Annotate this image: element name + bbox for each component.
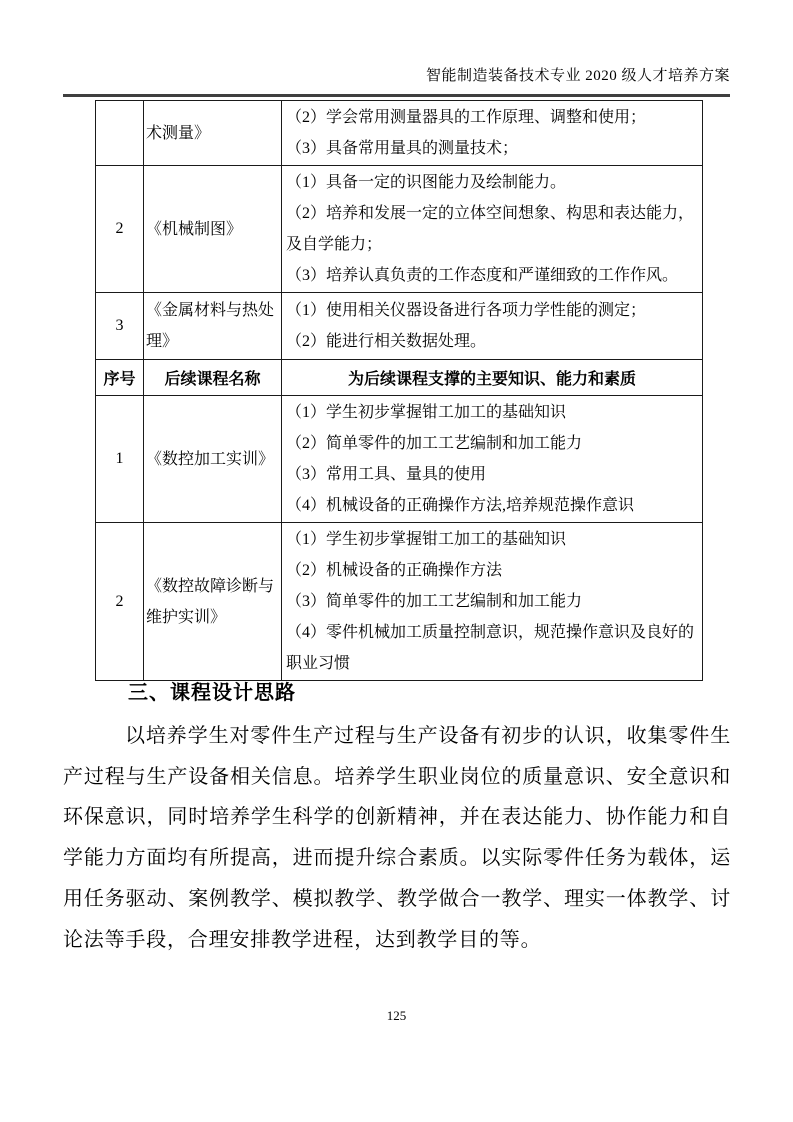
support-item: （3）培养认真负责的工作态度和严谨细致的工作作风。 (286, 260, 698, 291)
support-item: （1）学生初步掌握钳工加工的基础知识 (286, 397, 698, 428)
support-items-cell: （1）具备一定的识图能力及绘制能力。 （2）培养和发展一定的立体空间想象、构思和… (282, 166, 703, 293)
section-heading: 三、课程设计思路 (128, 676, 296, 705)
row-number-cell: 2 (96, 523, 144, 681)
row-number-cell: 1 (96, 396, 144, 523)
support-item: （2）机械设备的正确操作方法 (286, 555, 698, 586)
row-number-cell: 2 (96, 166, 144, 293)
support-item: （1）使用相关仪器设备进行各项力学性能的测定； (286, 295, 698, 326)
course-name-cell: 术测量》 (144, 101, 282, 166)
document-page: 智能制造装备技术专业 2020 级人才培养方案 术测量》 （2）学会常用测量器具… (0, 0, 793, 1122)
support-item: （2）简单零件的加工工艺编制和加工能力 (286, 428, 698, 459)
support-items-cell: （1）使用相关仪器设备进行各项力学性能的测定； （2）能进行相关数据处理。 (282, 293, 703, 360)
page-number: 125 (0, 1008, 793, 1024)
header-cell-course: 后续课程名称 (144, 360, 282, 396)
table-row: 2 《机械制图》 （1）具备一定的识图能力及绘制能力。 （2）培养和发展一定的立… (96, 166, 703, 293)
body-paragraph: 以培养学生对零件生产过程与生产设备有初步的认识，收集零件生产过程与生产设备相关信… (63, 716, 731, 960)
support-item: （2）培养和发展一定的立体空间想象、构思和表达能力，及自学能力； (286, 198, 698, 260)
header-cell-support: 为后续课程支撑的主要知识、能力和素质 (282, 360, 703, 396)
support-item: （1）学生初步掌握钳工加工的基础知识 (286, 524, 698, 555)
support-items-cell: （1）学生初步掌握钳工加工的基础知识 （2）简单零件的加工工艺编制和加工能力 （… (282, 396, 703, 523)
support-item: （4）机械设备的正确操作方法,培养规范操作意识 (286, 490, 698, 521)
support-items-cell: （1）学生初步掌握钳工加工的基础知识 （2）机械设备的正确操作方法 （3）简单零… (282, 523, 703, 681)
header-cell-no: 序号 (96, 360, 144, 396)
table-row: 2 《数控故障诊断与维护实训》 （1）学生初步掌握钳工加工的基础知识 （2）机械… (96, 523, 703, 681)
support-item: （2）学会常用测量器具的工作原理、调整和使用； (286, 102, 698, 133)
support-item: （3）常用工具、量具的使用 (286, 459, 698, 490)
course-name-cell: 《金属材料与热处理》 (144, 293, 282, 360)
header-rule (63, 94, 730, 97)
support-item: （1）具备一定的识图能力及绘制能力。 (286, 167, 698, 198)
support-item: （2）能进行相关数据处理。 (286, 326, 698, 357)
row-number-cell (96, 101, 144, 166)
support-item: （3）简单零件的加工工艺编制和加工能力 (286, 586, 698, 617)
support-item: （4）零件机械加工质量控制意识，规范操作意识及良好的职业习惯 (286, 617, 698, 679)
support-items-cell: （2）学会常用测量器具的工作原理、调整和使用； （3）具备常用量具的测量技术； (282, 101, 703, 166)
course-name-cell: 《机械制图》 (144, 166, 282, 293)
table-row: 1 《数控加工实训》 （1）学生初步掌握钳工加工的基础知识 （2）简单零件的加工… (96, 396, 703, 523)
page-header-title: 智能制造装备技术专业 2020 级人才培养方案 (426, 64, 730, 85)
table-row: 3 《金属材料与热处理》 （1）使用相关仪器设备进行各项力学性能的测定； （2）… (96, 293, 703, 360)
table-header-row: 序号 后续课程名称 为后续课程支撑的主要知识、能力和素质 (96, 360, 703, 396)
course-name-cell: 《数控故障诊断与维护实训》 (144, 523, 282, 681)
course-name-cell: 《数控加工实训》 (144, 396, 282, 523)
course-support-table: 术测量》 （2）学会常用测量器具的工作原理、调整和使用； （3）具备常用量具的测… (95, 100, 703, 681)
table-row: 术测量》 （2）学会常用测量器具的工作原理、调整和使用； （3）具备常用量具的测… (96, 101, 703, 166)
row-number-cell: 3 (96, 293, 144, 360)
support-item: （3）具备常用量具的测量技术； (286, 133, 698, 164)
